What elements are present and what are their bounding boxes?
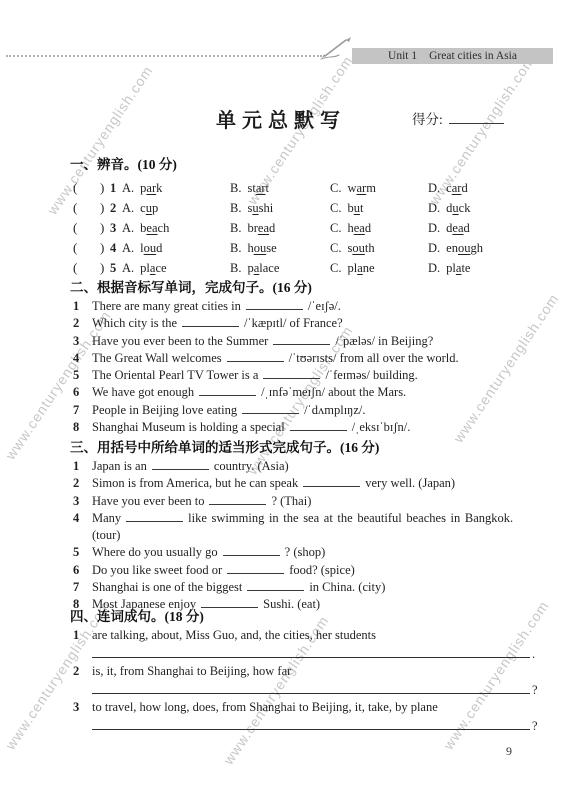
option-label: C.	[330, 241, 341, 255]
word-list: are talking, about, Miss Guo, and, the c…	[92, 628, 376, 642]
answer-blank	[263, 367, 320, 379]
word-pre: pl	[347, 261, 357, 275]
item-text: The Oriental Pearl TV Tower is a/ˈfeɪməs…	[92, 368, 418, 382]
item-number: 2	[73, 663, 79, 680]
section2-heading: 二、根据音标写单词，完成句子。(16 分)	[0, 279, 572, 297]
word-underlined-letters: ou	[254, 241, 267, 255]
answer-bracket-close: )	[100, 258, 104, 278]
option-word: bread	[247, 221, 275, 235]
word-underlined-letters: ou	[458, 241, 471, 255]
word-post: ck	[459, 201, 471, 215]
word-post: d	[156, 241, 162, 255]
answer-blank	[209, 493, 266, 505]
word-underlined-letters: ar	[146, 181, 156, 195]
option-label: D.	[428, 181, 440, 195]
item-number: 4	[73, 510, 79, 527]
option: D.duck	[428, 198, 470, 218]
answer-line-row: .	[0, 644, 572, 661]
text-before-blank: We have got enough	[92, 385, 194, 399]
sentence-item: 1are talking, about, Miss Guo, and, the …	[0, 627, 572, 662]
option: D.card	[428, 178, 468, 198]
option-word: loud	[140, 241, 162, 255]
option-word: house	[247, 241, 276, 255]
text-after-blank: /ˈfeɪməs/ building.	[325, 368, 417, 382]
text-before-blank: The Great Wall welcomes	[92, 351, 222, 365]
phonics-row: ( ) 1 A.park B.start C.warm	[0, 178, 572, 198]
option-label: B.	[230, 261, 241, 275]
option: D.dead	[428, 218, 470, 238]
item-text: Where do you usually go? (shop)	[92, 545, 325, 559]
option: A.cup	[122, 198, 158, 218]
section-phonics: 一、辨音。(10 分) ( ) 1 A.park B.start	[0, 156, 572, 278]
option: C.south	[330, 238, 375, 258]
option-word: plane	[347, 261, 374, 275]
option-word: south	[347, 241, 374, 255]
item-text: Do you like sweet food orfood? (spice)	[92, 563, 355, 577]
section2-items: 1There are many great cities in/ˈeɪʃə/. …	[0, 298, 572, 436]
word-pre: br	[247, 221, 257, 235]
option-label: B.	[230, 181, 241, 195]
wrapped-hint: (tour)	[92, 527, 544, 544]
option: C.plane	[330, 258, 375, 278]
word-post: th	[365, 241, 375, 255]
fill-item: 4The Great Wall welcomes/ˈtʊərɪsts/ from…	[0, 350, 572, 367]
fill-item: 1Japan is ancountry. (Asia)	[0, 458, 572, 475]
fill-item: 3Have you ever been to? (Thai)	[0, 493, 572, 510]
option-word: but	[347, 201, 363, 215]
section1-heading: 一、辨音。(10 分)	[0, 156, 572, 174]
text-before-blank: Have you ever been to the Summer	[92, 334, 268, 348]
option-word: place	[140, 261, 166, 275]
answer-blank	[223, 544, 280, 556]
word-post: k	[156, 181, 162, 195]
answer-blank	[126, 510, 183, 522]
answer-blank	[247, 579, 304, 591]
row-number: 4	[110, 238, 116, 258]
item-number: 1	[73, 458, 79, 475]
answer-line-row: ?	[0, 680, 572, 697]
word-underlined-letters: ou	[144, 241, 157, 255]
word-post: te	[461, 261, 470, 275]
fill-item: 8Shanghai Museum is holding a special/ˌe…	[0, 419, 572, 436]
section3-heading: 三、用括号中所给单词的适当形式完成句子。(16 分)	[0, 439, 572, 457]
answer-bracket-close: )	[100, 238, 104, 258]
item-text: There are many great cities in/ˈeɪʃə/.	[92, 299, 341, 313]
fill-item: 3Have you ever been to the Summer/ˈpæləs…	[0, 333, 572, 350]
sentence-item: 3to travel, how long, does, from Shangha…	[0, 699, 572, 734]
end-punctuation: .	[532, 647, 535, 661]
fill-item: 1There are many great cities in/ˈeɪʃə/.	[0, 298, 572, 315]
word-list-line: 2is, it, from Shanghai to Beijing, how f…	[0, 663, 572, 680]
answer-bracket-open: (	[73, 178, 77, 198]
row-number: 2	[110, 198, 116, 218]
item-number: 1	[73, 298, 79, 315]
word-underlined-letters: ea	[354, 221, 365, 235]
end-punctuation: ?	[532, 683, 538, 697]
text-before-blank: Have you ever been to	[92, 494, 204, 508]
item-number: 7	[73, 402, 79, 419]
option-label: C.	[330, 181, 341, 195]
answer-bracket-open: (	[73, 258, 77, 278]
section3-items: 1Japan is ancountry. (Asia) 2Simon is fr…	[0, 458, 572, 614]
answer-blank	[290, 419, 347, 431]
fill-item: 7People in Beijing love eating/ˈdʌmplɪŋz…	[0, 402, 572, 419]
option-word: sushi	[247, 201, 273, 215]
text-before-blank: Japan is an	[92, 459, 147, 473]
word-post: p	[152, 201, 158, 215]
answer-blank	[246, 298, 303, 310]
section-word-forms: 三、用括号中所给单词的适当形式完成句子。(16 分) 1Japan is anc…	[0, 439, 572, 614]
text-after-blank: /ˈeɪʃə/.	[308, 299, 341, 313]
fill-item: 2Which city is the/ˈkæpɪtl/ of France?	[0, 315, 572, 332]
option: A.place	[122, 258, 167, 278]
option-label: D.	[428, 261, 440, 275]
score-blank	[449, 112, 504, 124]
unit-label: Unit 1	[388, 50, 417, 62]
phonics-row: ( ) 5 A.place B.palace C.plane	[0, 258, 572, 278]
option-word: enough	[446, 241, 483, 255]
item-text: Have you ever been to? (Thai)	[92, 494, 311, 508]
word-post: d	[269, 221, 275, 235]
word-underlined-letters: ar	[357, 181, 367, 195]
option: C.but	[330, 198, 363, 218]
fill-item: 5Where do you usually go? (shop)	[0, 544, 572, 561]
item-number: 3	[73, 699, 79, 716]
word-post: d	[365, 221, 371, 235]
answer-bracket-close: )	[100, 218, 104, 238]
text-before-blank: Many	[92, 511, 121, 525]
option-label: C.	[330, 221, 341, 235]
option: A.beach	[122, 218, 169, 238]
option-label: A.	[122, 241, 134, 255]
option-label: B.	[230, 221, 241, 235]
word-pre: pl	[446, 261, 456, 275]
word-underlined-letters: ea	[146, 221, 157, 235]
word-underlined-letters: ea	[258, 221, 269, 235]
text-after-blank: food? (spice)	[289, 563, 355, 577]
fill-item: 5The Oriental Pearl TV Tower is a/ˈfeɪmə…	[0, 367, 572, 384]
word-post: lace	[259, 261, 279, 275]
text-before-blank: Where do you usually go	[92, 545, 218, 559]
word-underlined-letters: ar	[452, 181, 462, 195]
answer-blank	[227, 350, 284, 362]
text-after-blank: very well. (Japan)	[365, 476, 455, 490]
item-text: Simon is from America, but he can speakv…	[92, 476, 455, 490]
answer-blank	[201, 596, 258, 608]
answer-blank	[227, 562, 284, 574]
option-label: B.	[230, 201, 241, 215]
option-label: A.	[122, 201, 134, 215]
header-dotted-line	[6, 55, 322, 57]
word-post: d	[464, 221, 470, 235]
phonics-row: ( ) 4 A.loud B.house C.south	[0, 238, 572, 258]
option-label: C.	[330, 201, 341, 215]
row-number: 5	[110, 258, 116, 278]
text-after-blank: /ˌɪnfəˈmeɪʃn/ about the Mars.	[261, 385, 406, 399]
answer-bracket-open: (	[73, 198, 77, 218]
option-word: warm	[347, 181, 375, 195]
fill-item: 7Shanghai is one of the biggestin China.…	[0, 579, 572, 596]
option-label: A.	[122, 181, 134, 195]
word-pre: w	[347, 181, 356, 195]
item-text: Japan is ancountry. (Asia)	[92, 459, 289, 473]
answer-line	[92, 716, 530, 730]
item-number: 1	[73, 627, 79, 644]
answer-bracket-close: )	[100, 198, 104, 218]
word-underlined-letters: ar	[256, 181, 266, 195]
row-number: 3	[110, 218, 116, 238]
option-word: cup	[140, 201, 158, 215]
item-number: 2	[73, 475, 79, 492]
answer-blank	[182, 315, 239, 327]
option: B.palace	[230, 258, 279, 278]
option-label: C.	[330, 261, 341, 275]
option: B.start	[230, 178, 269, 198]
answer-blank	[273, 333, 330, 345]
word-pre: en	[446, 241, 458, 255]
word-post: se	[266, 241, 276, 255]
option-word: start	[247, 181, 269, 195]
answer-bracket-close: )	[100, 178, 104, 198]
fill-item: 6Do you like sweet food orfood? (spice)	[0, 562, 572, 579]
option-label: A.	[122, 221, 134, 235]
item-text: Manylike swimming in the sea at the beau…	[92, 511, 544, 545]
option-word: dead	[446, 221, 470, 235]
item-number: 2	[73, 315, 79, 332]
pencil-icon	[318, 34, 356, 60]
text-before-blank: Simon is from America, but he can speak	[92, 476, 298, 490]
word-post: d	[461, 181, 467, 195]
word-underlined-letters: ou	[352, 241, 365, 255]
text-after-blank: /ˈtʊərɪsts/ from all over the world.	[289, 351, 459, 365]
text-after-blank: in China. (city)	[309, 580, 385, 594]
score-area: 得分:	[412, 110, 509, 130]
section-phonetic-words: 二、根据音标写单词，完成句子。(16 分) 1There are many gr…	[0, 279, 572, 436]
text-before-blank: There are many great cities in	[92, 299, 241, 313]
word-list-line: 1are talking, about, Miss Guo, and, the …	[0, 627, 572, 644]
word-post: shi	[259, 201, 274, 215]
option: C.head	[330, 218, 371, 238]
answer-line	[92, 644, 530, 658]
item-number: 5	[73, 544, 79, 561]
option: B.sushi	[230, 198, 273, 218]
option-label: D.	[428, 201, 440, 215]
option-label: D.	[428, 221, 440, 235]
item-text: Shanghai is one of the biggestin China. …	[92, 580, 385, 594]
answer-blank	[303, 475, 360, 487]
text-after-blank: /ˈpæləs/ in Beijing?	[335, 334, 433, 348]
text-after-blank: ? (Thai)	[271, 494, 311, 508]
word-post: m	[366, 181, 376, 195]
unit-header-bar: Unit 1Great cities in Asia	[352, 48, 553, 64]
word-post: ne	[363, 261, 375, 275]
answer-blank	[152, 458, 209, 470]
section4-heading: 四、连词成句。(18 分)	[0, 608, 572, 626]
fill-item: 4Manylike swimming in the sea at the bea…	[0, 510, 572, 545]
option-word: card	[446, 181, 468, 195]
item-number: 5	[73, 367, 79, 384]
item-number: 3	[73, 493, 79, 510]
sentence-item: 2is, it, from Shanghai to Beijing, how f…	[0, 663, 572, 698]
option-label: B.	[230, 241, 241, 255]
section-make-sentences: 四、连词成句。(18 分) 1are talking, about, Miss …	[0, 608, 572, 734]
word-post: ce	[155, 261, 166, 275]
text-before-blank: Shanghai is one of the biggest	[92, 580, 242, 594]
answer-blank	[199, 384, 256, 396]
item-number: 3	[73, 333, 79, 350]
item-number: 8	[73, 419, 79, 436]
option: A.park	[122, 178, 162, 198]
option: A.loud	[122, 238, 162, 258]
item-text: We have got enough/ˌɪnfəˈmeɪʃn/ about th…	[92, 385, 406, 399]
answer-bracket-open: (	[73, 238, 77, 258]
option-label: A.	[122, 261, 134, 275]
option: D.plate	[428, 258, 470, 278]
text-after-blank: /ˈkæpɪtl/ of France?	[244, 316, 343, 330]
word-list: to travel, how long, does, from Shanghai…	[92, 700, 438, 714]
item-number: 6	[73, 562, 79, 579]
item-text: People in Beijing love eating/ˈdʌmplɪŋz/…	[92, 403, 366, 417]
option-word: plate	[446, 261, 470, 275]
answer-line	[92, 680, 530, 694]
item-number: 7	[73, 579, 79, 596]
item-text: The Great Wall welcomes/ˈtʊərɪsts/ from …	[92, 351, 459, 365]
item-number: 4	[73, 350, 79, 367]
section4-items: 1are talking, about, Miss Guo, and, the …	[0, 627, 572, 734]
text-after-blank: /ˌeksɪˈbɪʃn/.	[352, 420, 411, 434]
phonics-row: ( ) 3 A.beach B.bread C.head	[0, 218, 572, 238]
item-number: 6	[73, 384, 79, 401]
option-label: D.	[428, 241, 440, 255]
word-list-line: 3to travel, how long, does, from Shangha…	[0, 699, 572, 716]
page-number: 9	[506, 744, 512, 759]
text-after-blank: country. (Asia)	[214, 459, 289, 473]
score-label: 得分:	[412, 112, 443, 127]
text-before-blank: Shanghai Museum is holding a special	[92, 420, 285, 434]
option-word: palace	[247, 261, 279, 275]
word-pre: st	[247, 181, 255, 195]
end-punctuation: ?	[532, 719, 538, 733]
text-after-blank: ? (shop)	[285, 545, 326, 559]
fill-item: 2Simon is from America, but he can speak…	[0, 475, 572, 492]
text-after-blank: /ˈdʌmplɪŋz/.	[304, 403, 365, 417]
word-post: t	[266, 181, 269, 195]
answer-line-row: ?	[0, 716, 572, 733]
fill-item: 6We have got enough/ˌɪnfəˈmeɪʃn/ about t…	[0, 384, 572, 401]
item-text: Shanghai Museum is holding a special/ˌek…	[92, 420, 410, 434]
phonics-row: ( ) 2 A.cup B.sushi C.but	[0, 198, 572, 218]
row-number: 1	[110, 178, 116, 198]
unit-title: Great cities in Asia	[429, 50, 517, 62]
option-word: park	[140, 181, 162, 195]
item-text: Have you ever been to the Summer/ˈpæləs/…	[92, 334, 433, 348]
text-before-blank: Which city is the	[92, 316, 177, 330]
text-before-blank: The Oriental Pearl TV Tower is a	[92, 368, 258, 382]
answer-blank	[242, 402, 299, 414]
worksheet-page: www.centuryenglish.com www.centuryenglis…	[0, 0, 572, 800]
option-word: head	[347, 221, 371, 235]
word-underlined-letters: ea	[452, 221, 463, 235]
item-text: Which city is the/ˈkæpɪtl/ of France?	[92, 316, 343, 330]
text-before-blank: People in Beijing love eating	[92, 403, 237, 417]
phonics-rows: ( ) 1 A.park B.start C.warm	[0, 178, 572, 278]
word-post: ch	[158, 221, 170, 235]
option-word: duck	[446, 201, 470, 215]
answer-bracket-open: (	[73, 218, 77, 238]
text-after-blank: like swimming in the sea at the beautifu…	[188, 511, 513, 525]
word-pre: pl	[140, 261, 150, 275]
option: D.enough	[428, 238, 483, 258]
text-before-blank: Do you like sweet food or	[92, 563, 222, 577]
word-list: is, it, from Shanghai to Beijing, how fa…	[92, 664, 291, 678]
option: C.warm	[330, 178, 376, 198]
word-post: t	[360, 201, 363, 215]
option: B.bread	[230, 218, 275, 238]
word-post: gh	[470, 241, 483, 255]
option-word: beach	[140, 221, 169, 235]
page-title: 单元总默写	[176, 104, 386, 133]
option: B.house	[230, 238, 277, 258]
